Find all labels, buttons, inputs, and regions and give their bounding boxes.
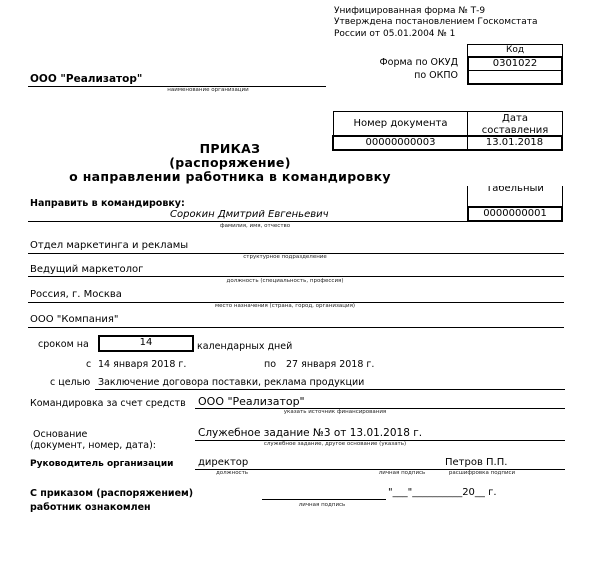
- funding-label: Командировка за счет средств: [30, 398, 186, 409]
- ack-label-line2: работник ознакомлен: [30, 502, 151, 513]
- head-name: Петров П.П.: [445, 457, 507, 468]
- basis-caption: служебное задание, другое основание (ука…: [264, 441, 406, 447]
- order-purpose-title: о направлении работника в командировку: [0, 169, 460, 184]
- basis-value: Служебное задание №3 от 13.01.2018 г.: [198, 427, 422, 439]
- order-subtitle: (распоряжение): [0, 155, 460, 170]
- code-box: 0301022: [467, 56, 563, 85]
- okud-label: Форма по ОКУД: [370, 57, 458, 68]
- send-label: Направить в командировку:: [30, 198, 185, 209]
- employee-name: Сорокин Дмитрий Евгеньевич: [170, 209, 329, 220]
- purpose-label: с целью: [50, 377, 90, 388]
- destination-caption: место назначения (страна, город, организ…: [215, 303, 355, 309]
- doc-number-header: Номер документа: [334, 112, 468, 136]
- to-label: по: [264, 359, 276, 370]
- head-signature-caption: личная подпись: [379, 470, 426, 476]
- ack-label: С приказом (распоряжением): [30, 488, 193, 499]
- doc-date-header: Дата составления: [468, 113, 562, 136]
- form-line-2: Утверждена постановлением Госкомстата: [334, 17, 538, 27]
- head-label: Руководитель организации: [30, 459, 173, 469]
- order-title: ПРИКАЗ: [0, 141, 460, 156]
- duration-value: 14: [98, 335, 194, 352]
- tab-value: 0000000001: [467, 206, 563, 222]
- tab-header: Табельный: [467, 186, 563, 206]
- ack-date: "___"__________20__ г.: [388, 487, 497, 498]
- destination-organization: ООО "Компания": [30, 314, 118, 325]
- okud-value: 0301022: [469, 58, 561, 71]
- form-line-3: России от 05.01.2004 № 1: [334, 29, 455, 39]
- destination: Россия, г. Москва: [30, 289, 122, 300]
- organization-caption: наименование организации: [167, 87, 248, 93]
- from-label: с: [86, 359, 91, 370]
- head-name-caption: расшифровка подписи: [449, 470, 515, 476]
- basis-label: Основание: [33, 429, 87, 440]
- employee-name-caption: фамилия, имя, отчество: [220, 223, 290, 229]
- ack-signature-caption: личная подпись: [299, 502, 346, 508]
- okpo-label: по ОКПО: [370, 70, 458, 81]
- doc-table-header: Номер документа Дата составления: [333, 111, 563, 135]
- from-date: 14 января 2018 г.: [98, 359, 186, 370]
- code-header: Код: [467, 44, 563, 56]
- head-position-caption: должность: [216, 470, 248, 476]
- head-position: директор: [198, 457, 248, 468]
- position-caption: должность (специальность, профессия): [227, 278, 344, 284]
- funding-value: ООО "Реализатор": [198, 395, 305, 408]
- form-line-1: Унифицированная форма № Т-9: [334, 6, 485, 16]
- organization-name: ООО "Реализатор": [30, 73, 142, 85]
- doc-date-value: 13.01.2018: [468, 137, 561, 149]
- okpo-value: [469, 71, 561, 84]
- department: Отдел маркетинга и рекламы: [30, 240, 188, 251]
- duration-label: сроком на: [38, 339, 89, 350]
- duration-unit: календарных дней: [197, 341, 292, 352]
- basis-label-detail: (документ, номер, дата):: [30, 440, 156, 451]
- purpose-value: Заключение договора поставки, реклама пр…: [98, 377, 364, 388]
- position: Ведущий маркетолог: [30, 264, 143, 275]
- to-date: 27 января 2018 г.: [286, 359, 374, 370]
- funding-caption: указать источник финансирования: [284, 409, 386, 415]
- department-caption: структурное подразделение: [243, 254, 327, 260]
